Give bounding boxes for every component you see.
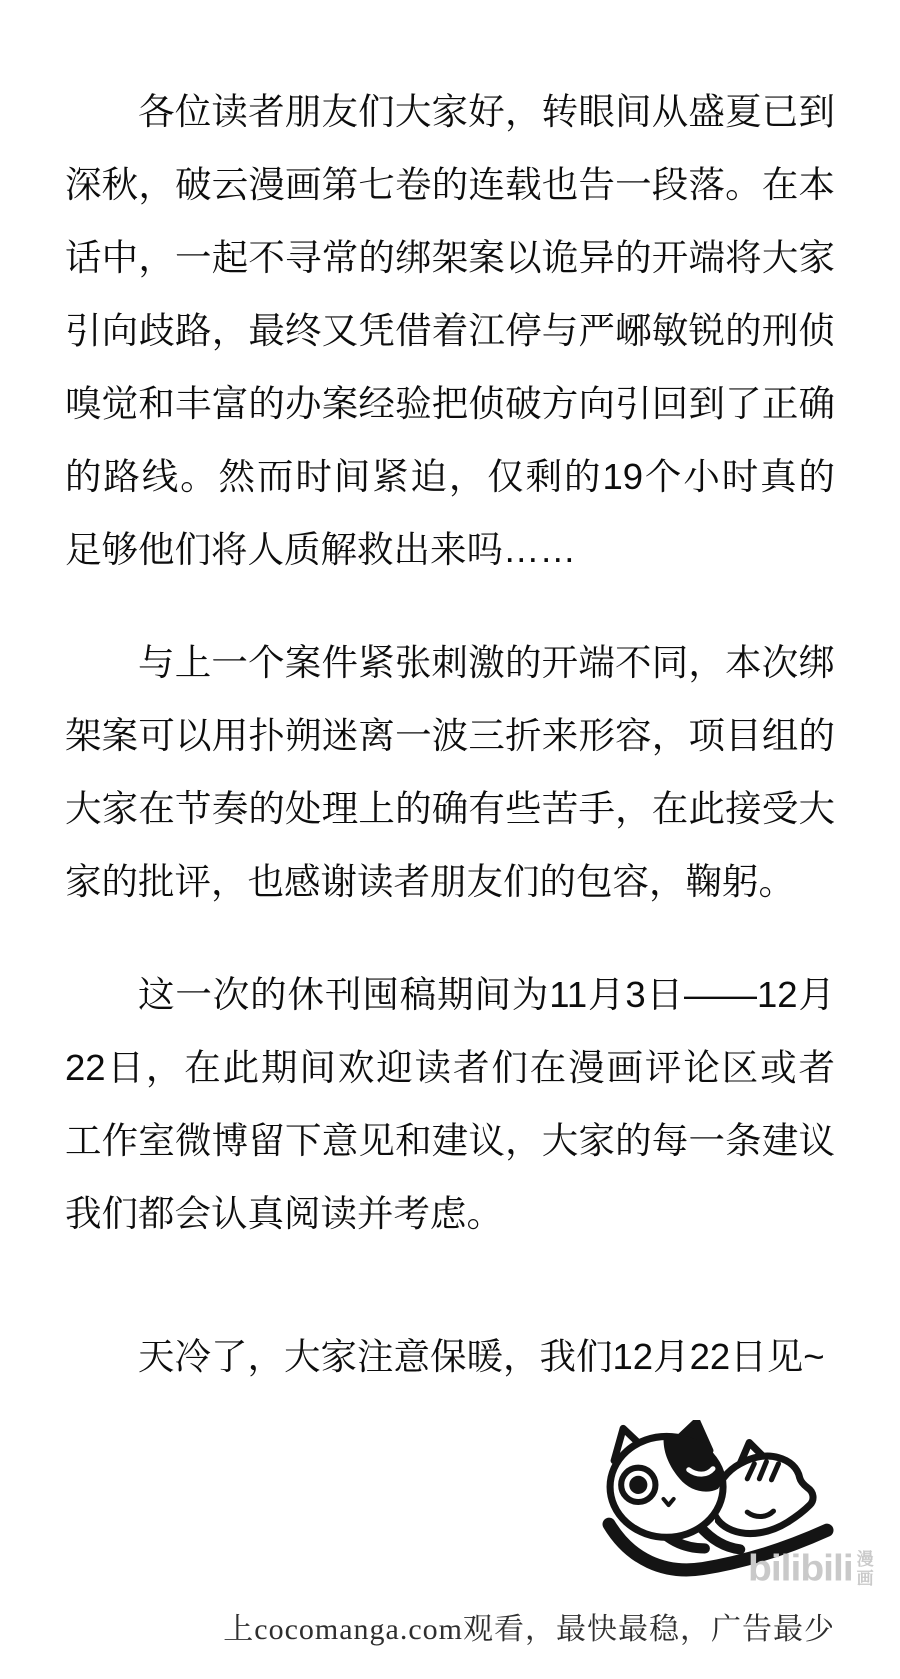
manga-label-bottom: 画: [857, 1569, 874, 1588]
bilibili-logo-text: bilibili: [748, 1550, 853, 1587]
letter-paragraph-1: 各位读者朋友们大家好，转眼间从盛夏已到深秋，破云漫画第七卷的连载也告一段落。在本…: [65, 75, 835, 586]
manga-label: 漫 画: [857, 1550, 874, 1588]
letter-paragraph-2: 与上一个案件紧张刺激的开端不同，本次绑架案可以用扑朔迷离一波三折来形容，项目组的…: [65, 626, 835, 918]
letter-closing-line: 天冷了，大家注意保暖，我们12月22日见~: [65, 1320, 835, 1393]
bilibili-manga-watermark: bilibili 漫 画: [748, 1549, 874, 1588]
site-watermark-text: 上cocomanga.com观看，最快最稳，广告最少: [223, 1604, 835, 1648]
letter-paragraph-3: 这一次的休刊囤稿期间为11月3日——12月22日，在此期间欢迎读者们在漫画评论区…: [65, 958, 835, 1250]
manga-label-top: 漫: [857, 1550, 874, 1569]
author-note-letter: 各位读者朋友们大家好，转眼间从盛夏已到深秋，破云漫画第七卷的连载也告一段落。在本…: [65, 0, 835, 1393]
